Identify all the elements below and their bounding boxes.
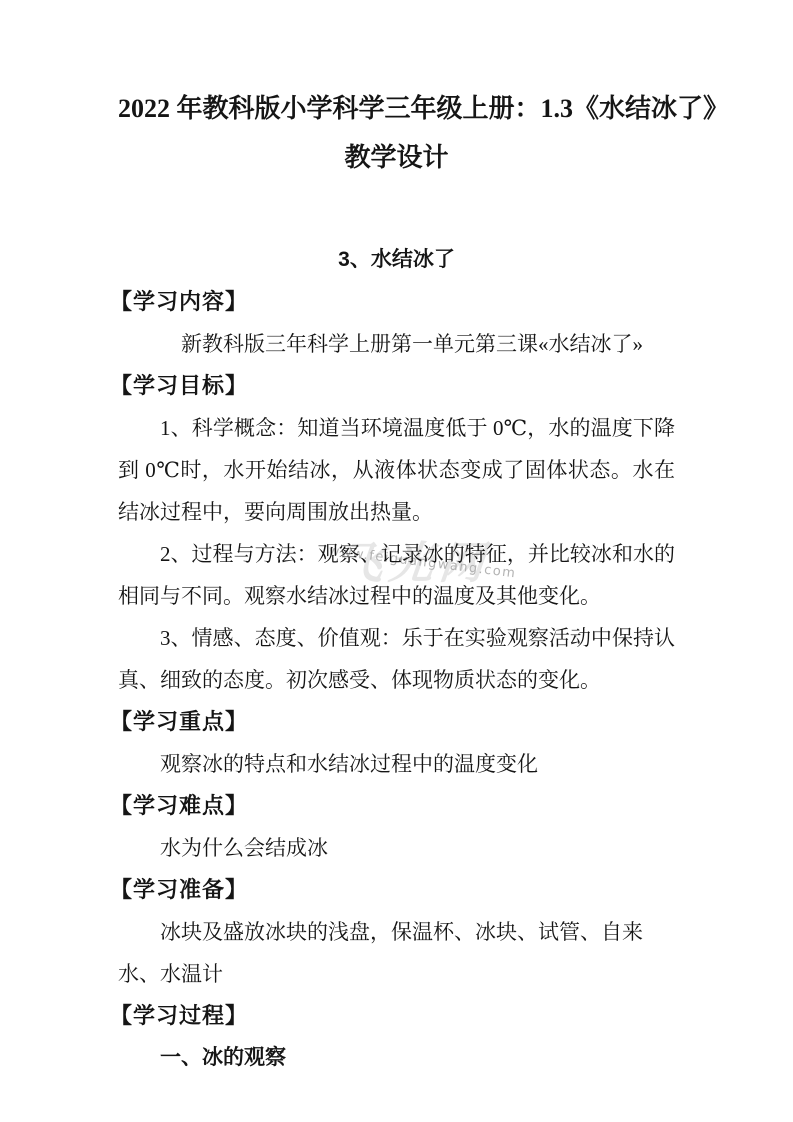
section-heading-learning-content: 【学习内容】 xyxy=(110,281,675,323)
section-heading-learning-goals: 【学习目标】 xyxy=(110,365,675,407)
paragraph-key-points: 观察冰的特点和水结冰过程中的温度变化 xyxy=(118,743,675,785)
document-title-line-2: 教学设计 xyxy=(118,133,675,182)
paragraph-goal-attitude-values: 3、情感、态度、价值观：乐于在实验观察活动中保持认真、细致的态度。初次感受、体现… xyxy=(118,617,675,701)
paragraph-goal-science-concept: 1、科学概念：知道当环境温度低于 0℃，水的温度下降到 0℃时，水开始结冰，从液… xyxy=(118,407,675,533)
section-heading-difficulties: 【学习难点】 xyxy=(110,785,675,827)
paragraph-goal-process-method: 2、过程与方法：观察、记录冰的特征，并比较冰和水的相同与不同。观察水结冰过程中的… xyxy=(118,533,675,617)
section-heading-preparation: 【学习准备】 xyxy=(110,869,675,911)
paragraph-preparation: 冰块及盛放冰块的浅盘，保温杯、冰块、试管、自来水、水温计 xyxy=(118,911,675,995)
section-learning-key-points: 【学习重点】 观察冰的特点和水结冰过程中的温度变化 xyxy=(118,701,675,785)
section-learning-difficulties: 【学习难点】 水为什么会结成冰 xyxy=(118,785,675,869)
section-heading-key-points: 【学习重点】 xyxy=(110,701,675,743)
lesson-subtitle: 3、水结冰了 xyxy=(118,239,675,281)
paragraph-learning-content: 新教科版三年科学上册第一单元第三课«水结冰了» xyxy=(118,323,675,365)
document-content: 2022 年教科版小学科学三年级上册：1.3《水结冰了》 教学设计 3、水结冰了… xyxy=(0,0,793,1079)
section-learning-process: 【学习过程】 一、冰的观察 xyxy=(118,995,675,1079)
document-page: 飞光网 www.feiguangwang.com 2022 年教科版小学科学三年… xyxy=(0,0,793,1122)
section-learning-content: 【学习内容】 新教科版三年科学上册第一单元第三课«水结冰了» xyxy=(118,281,675,365)
section-heading-process: 【学习过程】 xyxy=(110,995,675,1037)
document-title-line-1: 2022 年教科版小学科学三年级上册：1.3《水结冰了》 xyxy=(118,84,675,133)
paragraph-difficulties: 水为什么会结成冰 xyxy=(118,827,675,869)
paragraph-process-step-1: 一、冰的观察 xyxy=(118,1037,675,1079)
section-learning-preparation: 【学习准备】 冰块及盛放冰块的浅盘，保温杯、冰块、试管、自来水、水温计 xyxy=(118,869,675,995)
section-learning-goals: 【学习目标】 1、科学概念：知道当环境温度低于 0℃，水的温度下降到 0℃时，水… xyxy=(118,365,675,701)
